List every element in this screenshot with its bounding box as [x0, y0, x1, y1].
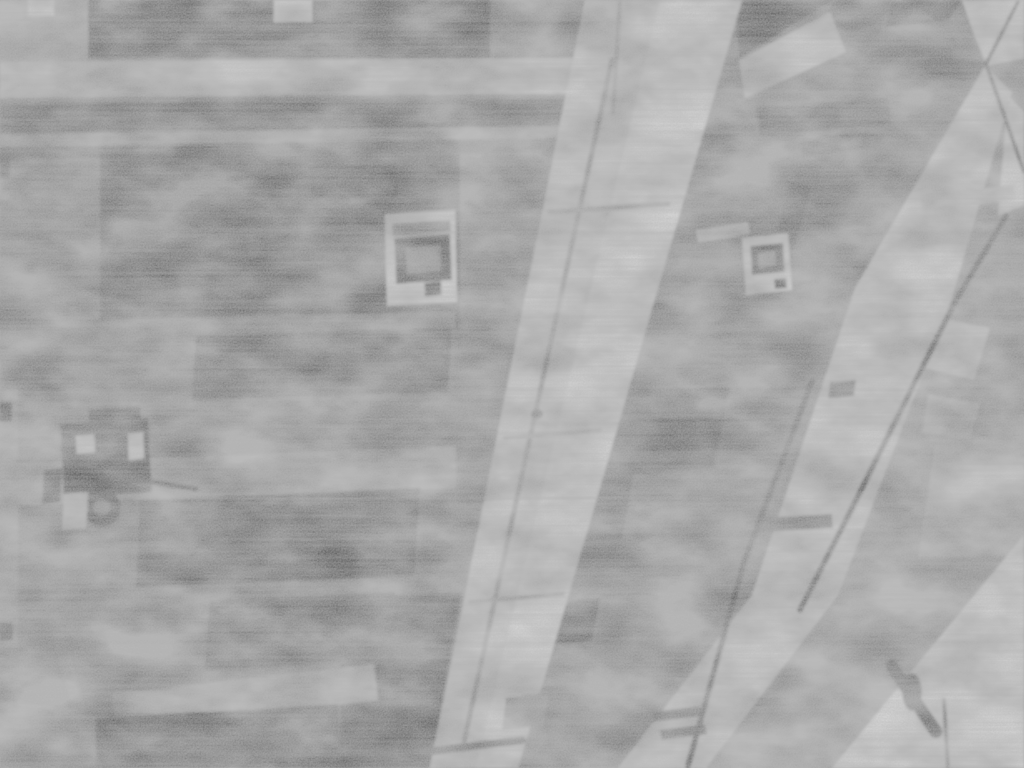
photo-svg [0, 0, 1024, 768]
photo-grain-layer [0, 0, 1024, 768]
scanned-photograph [0, 0, 1024, 768]
scanline-texture [0, 0, 1024, 768]
